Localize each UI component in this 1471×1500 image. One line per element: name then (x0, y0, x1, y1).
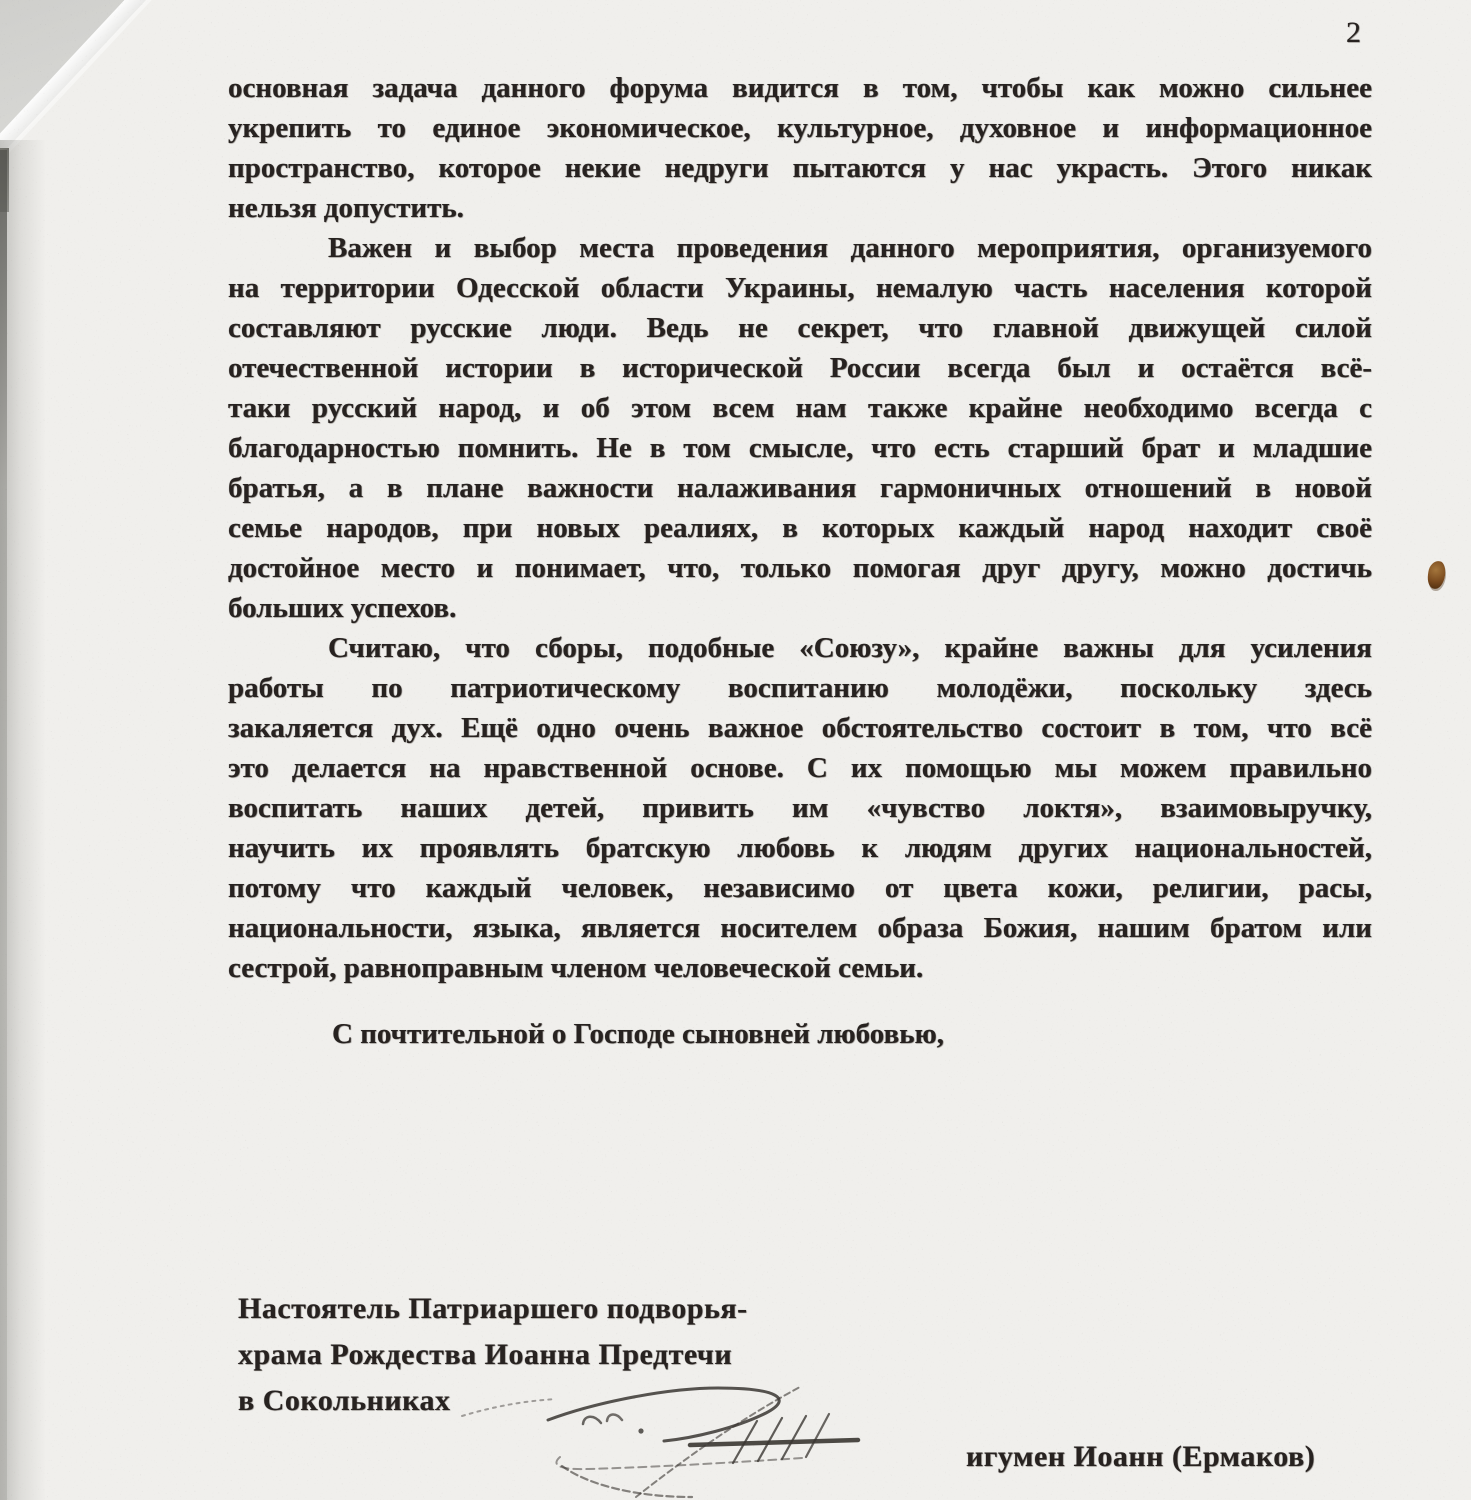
text-line: семье народов, при новых реалиях, в кото… (228, 508, 1372, 548)
text-line: пространство, которое некие недруги пыта… (228, 148, 1372, 188)
page-number: 2 (1346, 16, 1362, 50)
text-line: укрепить то единое экономическое, культу… (228, 108, 1372, 148)
text-line: благодарностью помнить. Не в том смысле,… (228, 428, 1372, 468)
text-line: национальности, языка, является носителе… (228, 908, 1372, 948)
text-line: нельзя допустить. (228, 188, 1372, 228)
text-line: Важен и выбор места проведения данного м… (228, 228, 1372, 268)
text-line: основная задача данного форума видится в… (228, 68, 1372, 108)
text-line: потому что каждый человек, независимо от… (228, 868, 1372, 908)
scanned-letter-page: 2 основная задача данного форума видится… (0, 0, 1471, 1500)
text-line: на территории Одесской области Украины, … (228, 268, 1372, 308)
text-line: воспитать наших детей, привить им «чувст… (228, 788, 1372, 828)
text-line: братья, а в плане важности налаживания г… (228, 468, 1372, 508)
text-line: таки русский народ, и об этом всем нам т… (228, 388, 1372, 428)
signature-block-line: храма Рождества Иоанна Предтечи (238, 1332, 748, 1378)
valediction: С почтительной о Господе сыновней любовь… (332, 1018, 944, 1051)
text-line: закаляется дух. Ещё одно очень важное об… (228, 708, 1372, 748)
paper-stain (1426, 560, 1447, 590)
text-line: это делается на нравственной основе. С и… (228, 748, 1372, 788)
text-line: отечественной истории в исторической Рос… (228, 348, 1372, 388)
text-line: научить их проявлять братскую любовь к л… (228, 828, 1372, 868)
body-text: основная задача данного форума видится в… (228, 68, 1372, 988)
signature-block: Настоятель Патриаршего подворья-храма Ро… (238, 1286, 748, 1424)
signature-block-line: Настоятель Патриаршего подворья- (238, 1286, 748, 1332)
text-line: работы по патриотическому воспитанию мол… (228, 668, 1372, 708)
left-edge-dark-line (0, 150, 7, 1500)
signature-block-line: в Сокольниках (238, 1378, 748, 1424)
text-line: больших успехов. (228, 588, 1372, 628)
text-line: составляют русские люди. Ведь не секрет,… (228, 308, 1372, 348)
text-line: достойное место и понимает, что, только … (228, 548, 1372, 588)
signer-name: игумен Иоанн (Ермаков) (966, 1440, 1315, 1474)
text-line: сестрой, равноправным членом человеческо… (228, 948, 1372, 988)
text-line: Считаю, что сборы, подобные «Союзу», кра… (228, 628, 1372, 668)
